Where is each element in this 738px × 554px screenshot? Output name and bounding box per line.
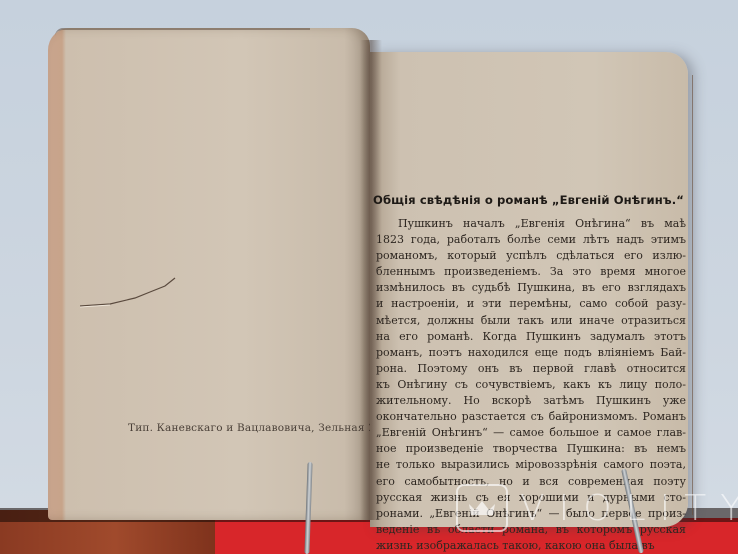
text-line: къ Онѣгину съ сочувствіемъ, какъ къ лицу… xyxy=(376,377,686,393)
text-line: не только выразились міровоззрѣнія самог… xyxy=(376,457,686,473)
text-line: романомъ, который успѣлъ сдѣлаться его и… xyxy=(376,248,686,264)
text-line: окончательно разстается съ байронизмомъ.… xyxy=(376,409,686,425)
violity-watermark: VIOLITY xyxy=(456,484,738,532)
text-line: измѣнилось въ судьбѣ Пушкина, въ его взг… xyxy=(376,280,686,296)
text-line: жительному. Но вскорѣ затѣмъ Пушкинъ уже xyxy=(376,393,686,409)
text-line: „Евгеній Онѣгинъ“ — самое большое и само… xyxy=(376,425,686,441)
text-line: мѣется, должны были такъ или иначе отраз… xyxy=(376,313,686,329)
open-book: Тип. Каневскаго и Вацлавовича, Зельная 2… xyxy=(0,0,738,554)
chapter-heading: Общія свѣдѣнія о романѣ „Евгеній Онѣгинъ… xyxy=(373,193,695,207)
text-line: 1823 года, работалъ болѣе семи лѣтъ надъ… xyxy=(376,232,686,248)
printer-imprint: Тип. Каневскаго и Вацлавовича, Зельная 2… xyxy=(128,422,382,434)
crown-icon xyxy=(456,484,508,532)
text-line: бленнымъ произведеніемъ. За это время мн… xyxy=(376,264,686,280)
left-page-top-edge xyxy=(55,28,310,36)
text-line: на его романѣ. Когда Пушкинъ задумалъ эт… xyxy=(376,329,686,345)
text-line: рона. Поэтому онъ въ первой главѣ относи… xyxy=(376,361,686,377)
text-line: романъ, поэтъ находился еще подъ вліяніе… xyxy=(376,345,686,361)
right-page-edge xyxy=(688,75,693,515)
text-line: и настроеніи, и эти перемѣны, само собой… xyxy=(376,296,686,312)
watermark-text: VIOLITY xyxy=(520,488,738,529)
text-line: Пушкинъ началъ „Евгенія Онѣгина“ въ маѣ xyxy=(376,216,686,232)
page-tear-mark xyxy=(80,270,180,310)
text-line: ное произведеніе творчества Пушкина: въ … xyxy=(376,441,686,457)
